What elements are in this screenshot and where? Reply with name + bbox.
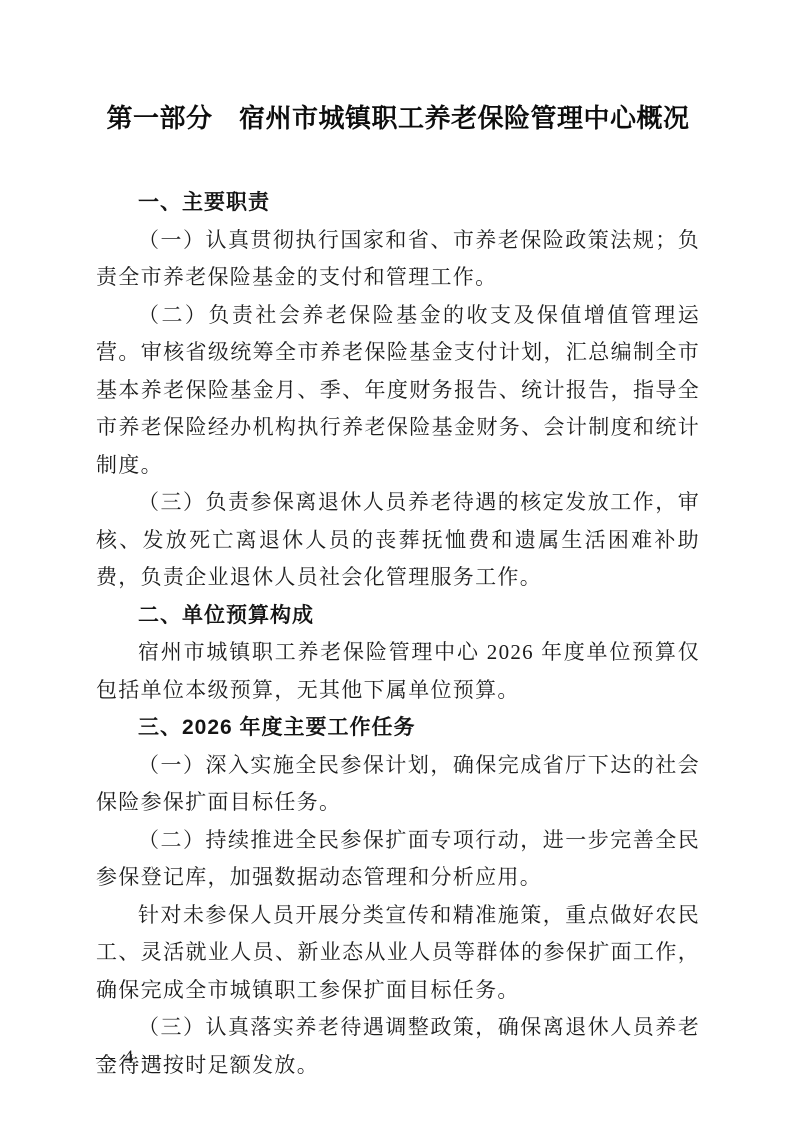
paragraph: （一）深入实施全民参保计划，确保完成省厅下达的社会保险参保扩面目标任务。 (96, 747, 700, 822)
paragraph: （二）持续推进全民参保扩面专项行动，进一步完善全民参保登记库，加强数据动态管理和… (96, 822, 700, 897)
section-heading-main-duties: 一、主要职责 (96, 184, 700, 222)
section-budget-composition: 二、单位预算构成 宿州市城镇职工养老保险管理中心 2026 年度单位预算仅包括单… (96, 597, 700, 710)
document-page: 第一部分 宿州市城镇职工养老保险管理中心概况 一、主要职责 （一）认真贯彻执行国… (0, 0, 793, 1122)
paragraph: （三）认真落实养老待遇调整政策，确保离退休人员养老金待遇按时足额发放。 (96, 1009, 700, 1084)
paragraph: 针对未参保人员开展分类宣传和精准施策，重点做好农民工、灵活就业人员、新业态从业人… (96, 897, 700, 1010)
section-heading-budget-composition: 二、单位预算构成 (96, 597, 700, 635)
paragraph: （二）负责社会养老保险基金的收支及保值增值管理运营。审核省级统筹全市养老保险基金… (96, 297, 700, 485)
paragraph: 宿州市城镇职工养老保险管理中心 2026 年度单位预算仅包括单位本级预算，无其他… (96, 634, 700, 709)
page-number: — 4 — (96, 1046, 163, 1070)
section-work-tasks: 三、2026 年度主要工作任务 （一）深入实施全民参保计划，确保完成省厅下达的社… (96, 709, 700, 1084)
paragraph: （一）认真贯彻执行国家和省、市养老保险政策法规；负责全市养老保险基金的支付和管理… (96, 222, 700, 297)
section-main-duties: 一、主要职责 （一）认真贯彻执行国家和省、市养老保险政策法规；负责全市养老保险基… (96, 184, 700, 597)
page-title: 第一部分 宿州市城镇职工养老保险管理中心概况 (96, 101, 700, 137)
paragraph: （三）负责参保离退休人员养老待遇的核定发放工作，审核、发放死亡离退休人员的丧葬抚… (96, 484, 700, 597)
section-heading-work-tasks: 三、2026 年度主要工作任务 (96, 709, 700, 747)
page-content: 第一部分 宿州市城镇职工养老保险管理中心概况 一、主要职责 （一）认真贯彻执行国… (0, 0, 793, 1084)
